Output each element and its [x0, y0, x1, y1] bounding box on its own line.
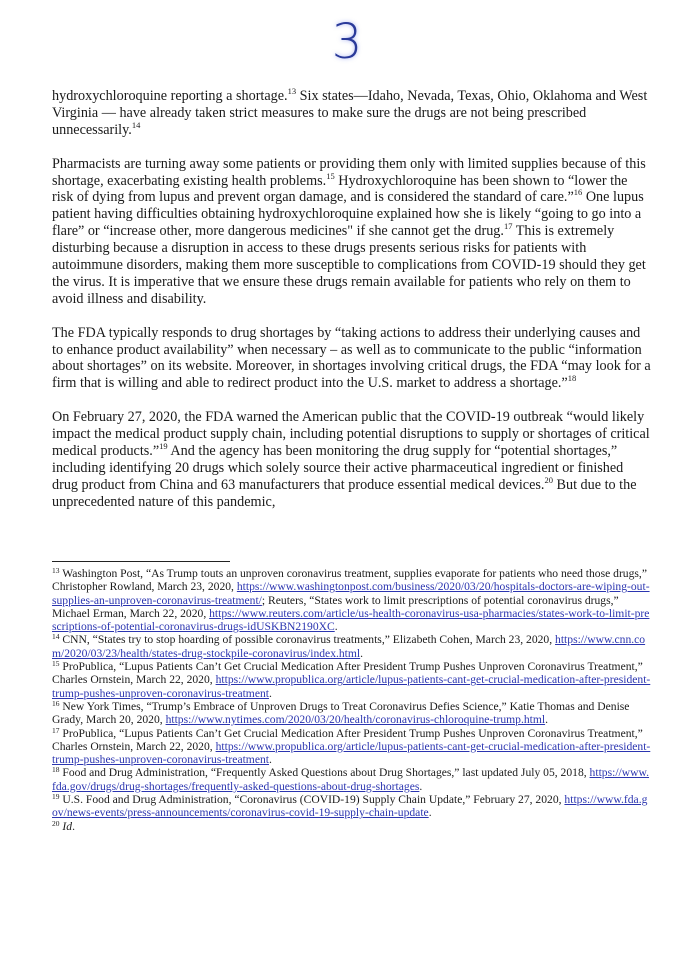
footnote: 13 Washington Post, “As Trump touts an u…: [52, 567, 652, 633]
paragraph: On February 27, 2020, the FDA warned the…: [52, 409, 652, 510]
handwritten-page-number: 3: [0, 18, 694, 66]
citation-link[interactable]: https://www.nytimes.com/2020/03/20/healt…: [166, 713, 546, 726]
text-run: .: [269, 687, 272, 700]
text-run: .: [335, 620, 338, 633]
footnote-number: 18: [52, 765, 60, 774]
paragraph: hydroxychloroquine reporting a shortage.…: [52, 88, 652, 139]
footnote-reference[interactable]: 16: [574, 187, 583, 197]
footnote-number: 20: [52, 819, 60, 828]
text-run: .: [269, 753, 272, 766]
text-run: .: [429, 806, 432, 819]
text-run: U.S. Food and Drug Administration, “Coro…: [60, 793, 565, 806]
footnote-reference[interactable]: 14: [132, 120, 141, 130]
footnote-divider: [52, 561, 230, 562]
footnote-number: 16: [52, 699, 60, 708]
footnote-number: 15: [52, 659, 60, 668]
footnote: 17 ProPublica, “Lupus Patients Can’t Get…: [52, 727, 652, 767]
footnote-reference[interactable]: 19: [159, 441, 168, 451]
text-run: .: [360, 647, 363, 660]
italic-text: Id: [62, 820, 72, 833]
footnote-reference[interactable]: 15: [326, 171, 335, 181]
footnote-number: 19: [52, 792, 60, 801]
footnote-number: 17: [52, 726, 60, 735]
footnote: 15 ProPublica, “Lupus Patients Can’t Get…: [52, 660, 652, 700]
footnote-reference[interactable]: 20: [544, 475, 553, 485]
footnotes: 13 Washington Post, “As Trump touts an u…: [52, 567, 652, 833]
footnote-number: 13: [52, 566, 60, 575]
footnote: 16 New York Times, “Trump’s Embrace of U…: [52, 700, 652, 727]
text-run: CNN, “States try to stop hoarding of pos…: [60, 633, 556, 646]
paragraph: The FDA typically responds to drug short…: [52, 325, 652, 393]
text-run: .: [72, 820, 75, 833]
footnote: 18 Food and Drug Administration, “Freque…: [52, 766, 652, 793]
body-text: hydroxychloroquine reporting a shortage.…: [52, 88, 652, 528]
footnote: 20 Id.: [52, 820, 652, 833]
footnote-reference[interactable]: 13: [288, 86, 297, 96]
text-run: hydroxychloroquine reporting a shortage.: [52, 88, 288, 104]
paragraph: Pharmacists are turning away some patien…: [52, 156, 652, 308]
text-run: Food and Drug Administration, “Frequentl…: [60, 766, 590, 779]
text-run: .: [419, 780, 422, 793]
text-run: .: [545, 713, 548, 726]
footnote: 19 U.S. Food and Drug Administration, “C…: [52, 793, 652, 820]
footnote-number: 14: [52, 632, 60, 641]
text-run: The FDA typically responds to drug short…: [52, 325, 651, 392]
footnote-reference[interactable]: 18: [568, 373, 577, 383]
footnote: 14 CNN, “States try to stop hoarding of …: [52, 633, 652, 660]
